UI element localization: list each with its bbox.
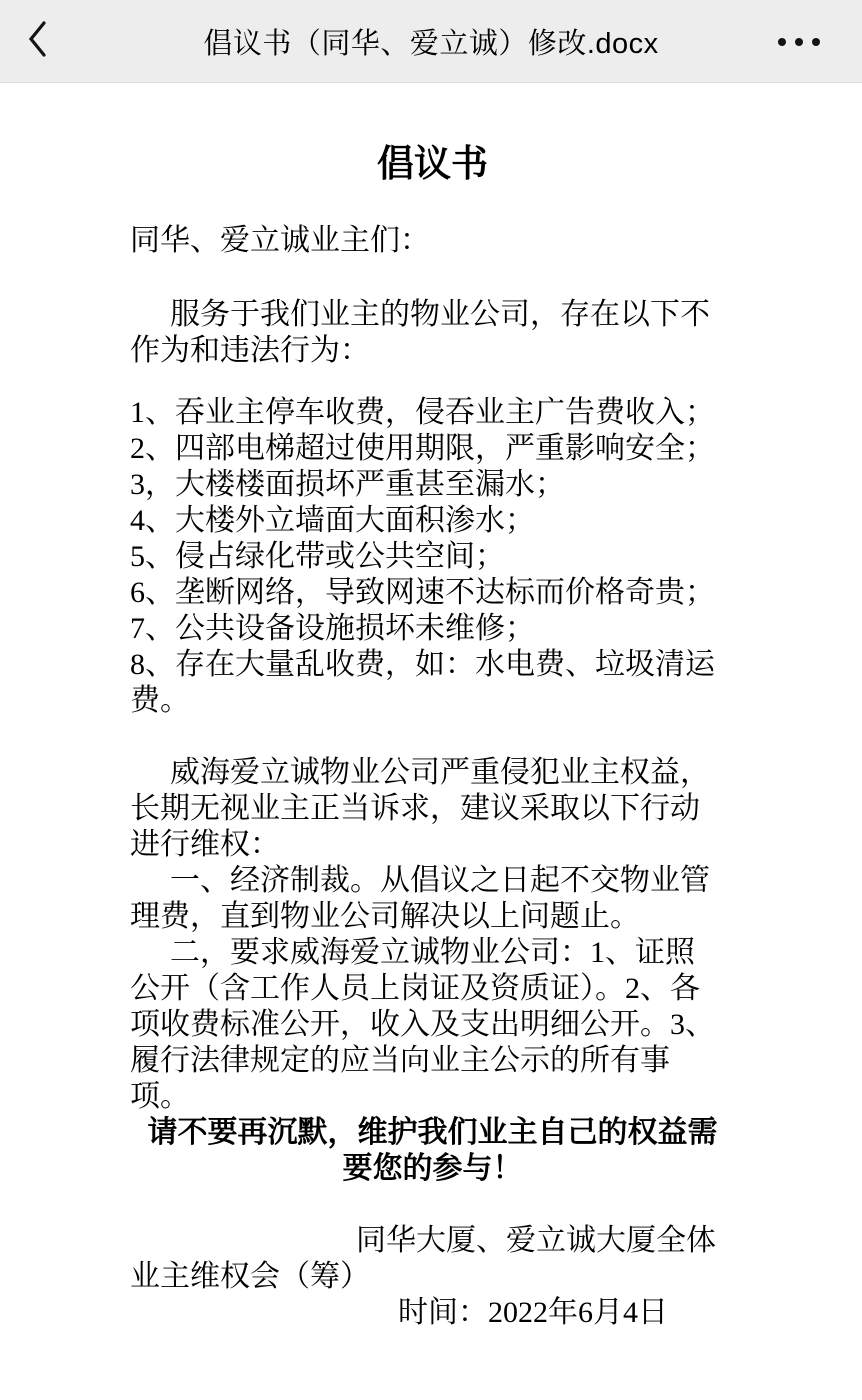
paragraph: 一、经济制裁。从倡议之日起不交物业管理费，直到物业公司解决以上问题止。 [130,863,735,935]
text-line: 1、吞业主停车收费，侵吞业主广告费收入； [130,395,735,431]
chevron-left-icon [27,20,49,63]
text-line: 理费，直到物业公司解决以上问题止。 [130,899,735,935]
text-line: 公开（含工作人员上岗证及资质证）。2、各 [130,971,735,1007]
paragraph: 时间：2022年6月4日 [130,1295,735,1331]
text-line: 请不要再沉默，维护我们业主自己的权益需 [130,1115,735,1151]
paragraph: 请不要再沉默，维护我们业主自己的权益需要您的参与！ [130,1115,735,1187]
document-page[interactable]: 倡议书同华、爱立诚业主们：服务于我们业主的物业公司，存在以下不作为和违法行为：1… [0,83,862,1400]
back-button[interactable] [0,0,76,83]
paragraph: 威海爱立诚物业公司严重侵犯业主权益，长期无视业主正当诉求，建议采取以下行动进行维… [130,755,735,863]
more-dots-icon [778,38,820,46]
paragraph: 同华、爱立诚业主们： [130,223,735,259]
text-line: 服务于我们业主的物业公司，存在以下不 [130,297,735,333]
text-line: 2、四部电梯超过使用期限，严重影响安全； [130,431,735,467]
document-viewer-screen: 倡议书（同华、爱立诚）修改.docx 倡议书同华、爱立诚业主们：服务于我们业主的… [0,0,862,1400]
text-line: 项。 [130,1079,735,1115]
text-line: 5、侵占绿化带或公共空间； [130,539,735,575]
text-line: 长期无视业主正当诉求，建议采取以下行动 [130,791,735,827]
text-line: 要您的参与！ [130,1151,735,1187]
text-line: 项收费标准公开，收入及支出明细公开。3、 [130,1007,735,1043]
text-line: 8、存在大量乱收费，如：水电费、垃圾清运 [130,647,735,683]
text-line: 时间：2022年6月4日 [130,1295,735,1331]
text-line: 倡议书 [130,139,735,191]
text-line: 作为和违法行为： [130,333,735,369]
paragraph: 倡议书 [130,139,735,191]
text-line: 二，要求威海爱立诚物业公司：1、证照 [130,935,735,971]
title-bar: 倡议书（同华、爱立诚）修改.docx [0,0,862,83]
text-line: 进行维权： [130,827,735,863]
text-line: 同华大厦、爱立诚大厦全体 [130,1223,735,1259]
document-content: 倡议书同华、爱立诚业主们：服务于我们业主的物业公司，存在以下不作为和违法行为：1… [130,139,735,1331]
text-line: 业主维权会（筹） [130,1259,735,1295]
text-line: 4、大楼外立墙面大面积渗水； [130,503,735,539]
more-menu-button[interactable] [764,0,834,83]
paragraph: 服务于我们业主的物业公司，存在以下不作为和违法行为： [130,297,735,369]
document-filename: 倡议书（同华、爱立诚）修改.docx [90,21,772,62]
text-line: 履行法律规定的应当向业主公示的所有事 [130,1043,735,1079]
text-line: 3，大楼楼面损坏严重甚至漏水； [130,467,735,503]
paragraph: 二，要求威海爱立诚物业公司：1、证照公开（含工作人员上岗证及资质证）。2、各项收… [130,935,735,1115]
text-line: 7、公共设备设施损坏未维修； [130,611,735,647]
text-line: 一、经济制裁。从倡议之日起不交物业管 [130,863,735,899]
text-line: 同华、爱立诚业主们： [130,223,735,259]
paragraph: 1、吞业主停车收费，侵吞业主广告费收入；2、四部电梯超过使用期限，严重影响安全；… [130,395,735,719]
paragraph: 同华大厦、爱立诚大厦全体业主维权会（筹） [130,1223,735,1295]
text-line: 费。 [130,683,735,719]
text-line: 6、垄断网络，导致网速不达标而价格奇贵； [130,575,735,611]
text-line: 威海爱立诚物业公司严重侵犯业主权益， [130,755,735,791]
